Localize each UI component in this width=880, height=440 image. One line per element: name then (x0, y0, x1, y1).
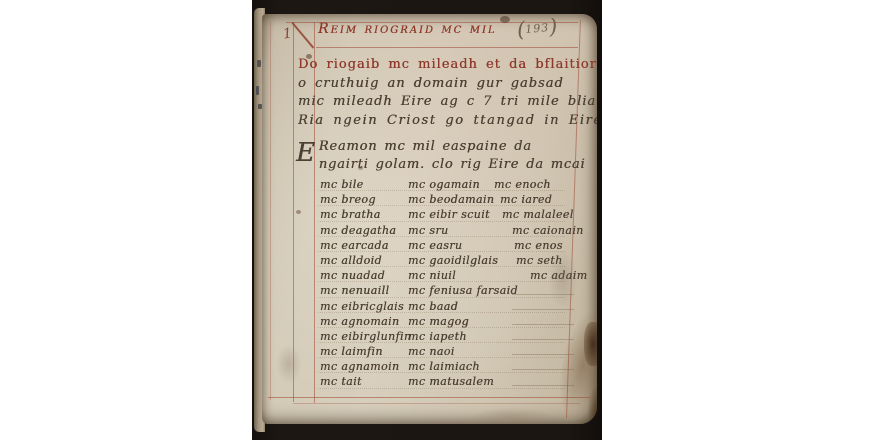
gutter-ink-mark (257, 60, 261, 67)
decorated-initial: E (296, 138, 316, 168)
genealogy-cell: mc matusalem (408, 375, 494, 388)
genealogy-row: mc tait mc matusalem (262, 375, 597, 390)
genealogy-cell: mc nuadad (320, 269, 385, 282)
opening-paragraph: Do riogaib mc mileadh et da bflaitior o … (298, 56, 594, 130)
stain (472, 408, 552, 424)
ruling-bottom-line-2 (293, 403, 580, 404)
genealogy-row: mc breog mc beodamain mc iared (262, 193, 597, 208)
genealogy-row: mc nuadad mc niuil mc adaim (262, 269, 597, 284)
paragraph2-line2: ngairti golam. clo rig Eire da mcaib mil (319, 156, 586, 174)
genealogy-cell: mc deagatha (320, 224, 396, 237)
genealogy-cell: mc seth (516, 254, 563, 267)
genealogy-cell: mc enoch (494, 178, 551, 191)
genealogy-cell: mc laimfin (320, 345, 383, 358)
genealogy-cell: mc earcada (320, 239, 389, 252)
manuscript-photo: 1 Reim riograid mc mil (193) Do riogaib … (252, 0, 602, 440)
paragraph1-line2: o cruthuig an domain gur gabsad (298, 75, 594, 94)
ruling-bottom-line (268, 397, 590, 398)
manuscript-page: 1 Reim riograid mc mil (193) Do riogaib … (262, 14, 597, 424)
genealogy-cell: mc feniusa farsaid (408, 284, 518, 297)
second-paragraph: E Reamon mc mil easpaine da ngairti gola… (296, 138, 586, 173)
genealogy-cell: mc easru (408, 239, 462, 252)
genealogy-cell: mc agnomain (320, 315, 399, 328)
ruling-header-baseline (316, 47, 578, 48)
edge-damage (588, 386, 597, 424)
genealogy-cell: mc sru (408, 224, 448, 237)
paragraph1-line1: Do riogaib mc mileadh et da bflaitior (298, 56, 594, 75)
genealogy-cell: mc eibricglais (320, 300, 404, 313)
genealogy-row: mc bile mc ogamain mc enoch (262, 178, 597, 193)
genealogy-cell: mc magog (408, 315, 469, 328)
genealogy-cell: mc enos (514, 239, 563, 252)
genealogy-cell: mc bile (320, 178, 363, 191)
genealogy-cell: mc laimiach (408, 360, 480, 373)
genealogy-row: mc earcada mc easru mc enos (262, 239, 597, 254)
genealogy-cell: mc adaim (530, 269, 587, 282)
genealogy-cell: mc gaoidilglais (408, 254, 498, 267)
corner-mark: 1 (282, 25, 293, 42)
genealogy-list: mc bile mc ogamain mc enoch mc breog mc … (262, 178, 597, 391)
genealogy-cell: mc eibirglunfin (320, 330, 411, 343)
genealogy-row: mc alldoid mc gaoidilglais mc seth (262, 254, 597, 269)
genealogy-cell: mc nenuaill (320, 284, 389, 297)
folio-number-paren-close: ) (548, 14, 558, 39)
genealogy-cell: mc beodamain (408, 193, 494, 206)
genealogy-cell: mc ogamain (408, 178, 480, 191)
genealogy-cell: mc naoi (408, 345, 455, 358)
corner-diagonal-stroke (292, 22, 314, 48)
genealogy-cell: mc niuil (408, 269, 456, 282)
genealogy-row: mc laimfin mc naoi (262, 345, 597, 360)
folio-number-digits: 193 (525, 21, 550, 36)
genealogy-cell: mc bratha (320, 208, 381, 221)
genealogy-cell: mc breog (320, 193, 376, 206)
folio-number: (193) (516, 14, 558, 41)
gutter-ink-mark (256, 86, 259, 95)
genealogy-row: mc agnamoin mc laimiach (262, 360, 597, 375)
genealogy-row: mc bratha mc eibir scuit mc malaleel (262, 208, 597, 223)
genealogy-row: mc agnomain mc magog (262, 315, 597, 330)
genealogy-cell: mc agnamoin (320, 360, 399, 373)
genealogy-row: mc deagatha mc sru mc caionain (262, 224, 597, 239)
genealogy-cell: mc caionain (512, 224, 584, 237)
genealogy-cell: mc alldoid (320, 254, 382, 267)
genealogy-cell: mc iared (500, 193, 552, 206)
genealogy-row: mc eibricglais mc baad (262, 300, 597, 315)
genealogy-cell: mc tait (320, 375, 362, 388)
paragraph2-line1: Reamon mc mil easpaine da (319, 138, 586, 156)
paragraph1-line3: mic mileadh Eire ag c 7 tri mile blian 3… (298, 93, 594, 112)
genealogy-cell: mc baad (408, 300, 458, 313)
page-header-title: Reim riograid mc mil (318, 21, 497, 37)
genealogy-row: mc eibirglunfin mc iapeth (262, 330, 597, 345)
genealogy-cell: mc iapeth (408, 330, 467, 343)
genealogy-cell: mc eibir scuit (408, 208, 490, 221)
paragraph1-line4: Ria ngein Criost go ttangad in Eire 1699 (298, 112, 594, 131)
screenshot-canvas: { "manuscript": { "page_number_open": "(… (0, 0, 880, 440)
genealogy-row: mc nenuaill mc feniusa farsaid (262, 284, 597, 299)
genealogy-cell: mc malaleel (502, 208, 574, 221)
